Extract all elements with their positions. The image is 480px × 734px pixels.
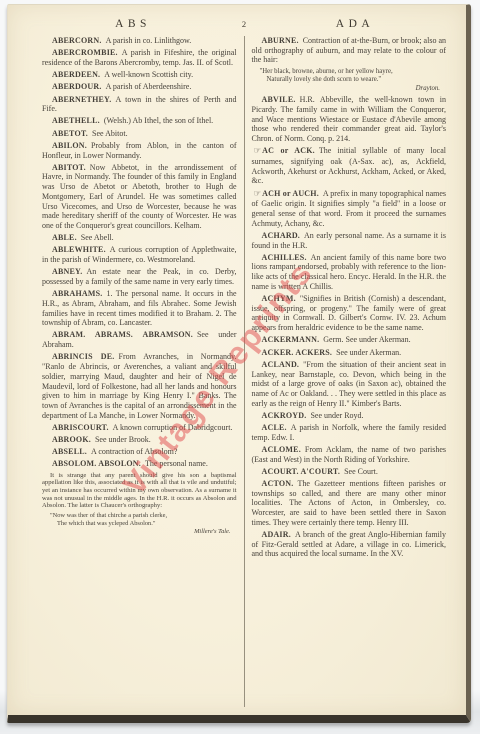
entry-headword: ABITOT. <box>52 163 86 172</box>
verse-line: The which that was ycleped Absolon." <box>50 520 237 528</box>
entry-headword: ACKROYD. <box>262 411 307 420</box>
entry-headword: ABURNE. <box>262 36 299 45</box>
entry-headword: ACOURT. A'COURT. <box>262 467 341 476</box>
entry-headword: ABVILE. <box>262 95 296 104</box>
entry-headword: ABERCROMBIE. <box>52 48 118 57</box>
entry-headword: ABERDOUR. <box>52 82 102 91</box>
dictionary-entry: ABLE. See Abell. <box>42 233 237 243</box>
dictionary-entry: ABRINCIS DE. From Avranches, in Normandy… <box>42 352 237 420</box>
dictionary-entry: ABERNETHEY. A town in the shires of Pert… <box>42 95 237 114</box>
dictionary-entry: ABROOK. See under Brook. <box>42 435 237 445</box>
quote-attribution: Drayton. <box>260 85 447 93</box>
entry-headword: ACKER. ACKERS. <box>262 348 333 357</box>
quote-attribution: Millere's Tale. <box>50 528 237 536</box>
book-page: ABS 2 ADA ABERCORN. A parish in co. Linl… <box>7 4 471 723</box>
pointing-hand-icon: ☞ <box>254 189 262 199</box>
dictionary-entry: ☞ACH or AUCH. A prefix in many topograph… <box>252 189 447 229</box>
running-header: ABS 2 ADA <box>42 18 446 30</box>
dictionary-entry: ACKERMANN. Germ. See under Akerman. <box>252 335 447 345</box>
page-number: 2 <box>224 19 264 29</box>
dictionary-entry: ACKROYD. See under Royd. <box>252 411 447 421</box>
entry-headword: ABRINCIS DE. <box>52 352 115 361</box>
text-columns: ABERCORN. A parish in co. Linlithgow.ABE… <box>42 36 446 707</box>
dictionary-entry: ABSOLOM. ABSOLON. The personal name. <box>42 459 237 469</box>
dictionary-entry: ABERCORN. A parish in co. Linlithgow. <box>42 36 237 46</box>
dictionary-entry: ACHILLES. An ancient family of this name… <box>252 253 447 292</box>
entry-headword: ABROOK. <box>52 435 91 444</box>
dictionary-entry: ACHYM. "Signifies in British (Cornish) a… <box>252 294 447 333</box>
dictionary-entry: ACTON. The Gazetteer mentions fifteen pa… <box>252 479 447 528</box>
dictionary-entry: ABURNE. Contraction of at-the-Burn, or b… <box>252 36 447 65</box>
dictionary-entry: ACLAND. "From the situation of their anc… <box>252 360 447 409</box>
entry-headword: ABRAHAMS. <box>52 289 102 298</box>
dictionary-entry: ABERDOUR. A parish of Aberdeenshire. <box>42 82 237 92</box>
entry-headword: ABSOLOM. ABSOLON. <box>52 459 141 468</box>
dictionary-entry: ABRAM. ABRAMS. ABRAMSON. See under Abrah… <box>42 330 237 349</box>
entry-headword: ABSELL. <box>52 447 87 456</box>
dictionary-entry: ABERDEEN. A well-known Scottish city. <box>42 70 237 80</box>
entry-headword: ABRISCOURT. <box>52 423 109 432</box>
dictionary-entry: ACOURT. A'COURT. See Court. <box>252 467 447 477</box>
dictionary-entry: ABSELL. A contraction of Absolom? <box>42 447 237 457</box>
dictionary-entry: ADAIR. A branch of the great Anglo-Hiber… <box>252 530 447 559</box>
entry-headword: ABRAM. ABRAMS. ABRAMSON. <box>52 330 193 339</box>
dictionary-entry: ACLOME. From Acklam, the name of two par… <box>252 445 447 464</box>
header-left-word: ABS <box>42 18 224 30</box>
dictionary-entry: ☞AC or ACK. The initial syllable of many… <box>252 146 447 186</box>
dictionary-entry: ABRAHAMS. 1. The personal name. It occur… <box>42 289 237 328</box>
dictionary-entry: ABVILE. H.R. Abbeville, the well-known t… <box>252 95 447 144</box>
right-column: ABURNE. Contraction of at-the-Burn, or b… <box>244 36 447 707</box>
entry-headword: ABERCORN. <box>52 36 102 45</box>
entry-headword: ABILON. <box>52 141 87 150</box>
entry-headword: ADAIR. <box>262 530 291 539</box>
left-column: ABERCORN. A parish in co. Linlithgow.ABE… <box>42 36 244 707</box>
dictionary-entry: ABERCROMBIE. A parish in Fifeshire, the … <box>42 48 237 67</box>
dictionary-entry: ABETHELL. (Welsh.) Ab Ithel, the son of … <box>42 116 237 126</box>
dictionary-entry: ABETOT. See Abitot. <box>42 129 237 139</box>
entry-headword: ABETHELL. <box>52 116 100 125</box>
quoted-verse: "Now was ther of that chirche a parish c… <box>50 512 237 535</box>
entry-headword: ACLAND. <box>262 360 300 369</box>
verse-line: "Her black, browne, aburne, or her yello… <box>260 68 447 76</box>
entry-headword: ABNEY. <box>52 267 82 276</box>
entry-headword: ABERNETHEY. <box>52 95 111 104</box>
quoted-verse: "Her black, browne, aburne, or her yello… <box>260 68 447 93</box>
verse-line: "Now was ther of that chirche a parish c… <box>50 512 237 520</box>
dictionary-entry: ACLE. A parish in Norfolk, where the fam… <box>252 423 447 442</box>
entry-headword: AC or ACK. <box>262 146 315 155</box>
entry-headword: ABLE. <box>52 233 77 242</box>
entry-headword: ACHILLES. <box>262 253 307 262</box>
entry-headword: ACTON. <box>262 479 294 488</box>
dictionary-entry: ABILON. Probably from Ablon, in the cant… <box>42 141 237 160</box>
entry-footnote: It is strange that any parent should giv… <box>42 472 237 511</box>
entry-headword: ACHARD. <box>262 231 301 240</box>
entry-headword: ACHYM. <box>262 294 296 303</box>
dictionary-entry: ABITOT. Now Abbetot, in the arrondisseme… <box>42 163 237 231</box>
entry-headword: ABLEWHITE. <box>52 245 106 254</box>
header-right-word: ADA <box>264 18 446 30</box>
entry-headword: ACLE. <box>262 423 287 432</box>
entry-headword: ACLOME. <box>262 445 301 454</box>
dictionary-entry: ABLEWHITE. A curious corruption of Apple… <box>42 245 237 264</box>
dictionary-entry: ABNEY. An estate near the Peak, in co. D… <box>42 267 237 286</box>
dictionary-entry: ACHARD. An early personal name. As a sur… <box>252 231 447 250</box>
entry-headword: ACKERMANN. <box>262 335 320 344</box>
entry-headword: ABERDEEN. <box>52 70 100 79</box>
entry-headword: ABETOT. <box>52 129 88 138</box>
entry-headword: ACH or AUCH. <box>262 189 319 198</box>
dictionary-entry: ACKER. ACKERS. See under Akerman. <box>252 348 447 358</box>
pointing-hand-icon: ☞ <box>254 146 262 156</box>
verse-line: Naturally lovely she doth scorn to weare… <box>260 76 447 84</box>
dictionary-entry: ABRISCOURT. A known corruption of Dabrid… <box>42 423 237 433</box>
